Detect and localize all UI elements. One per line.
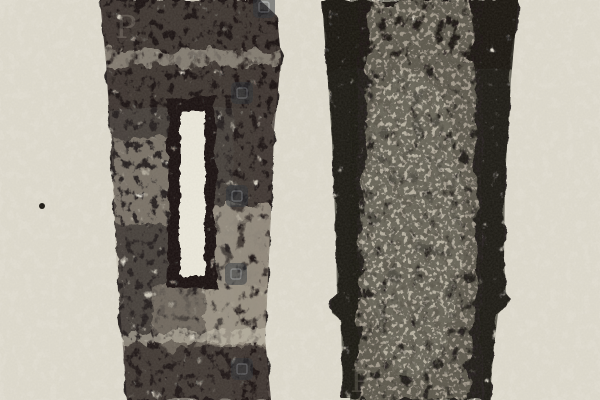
ink-rubbing-photo: P P (0, 0, 600, 400)
paper-grain-overlay (0, 0, 600, 400)
rubbing-canvas: P P (0, 0, 600, 400)
